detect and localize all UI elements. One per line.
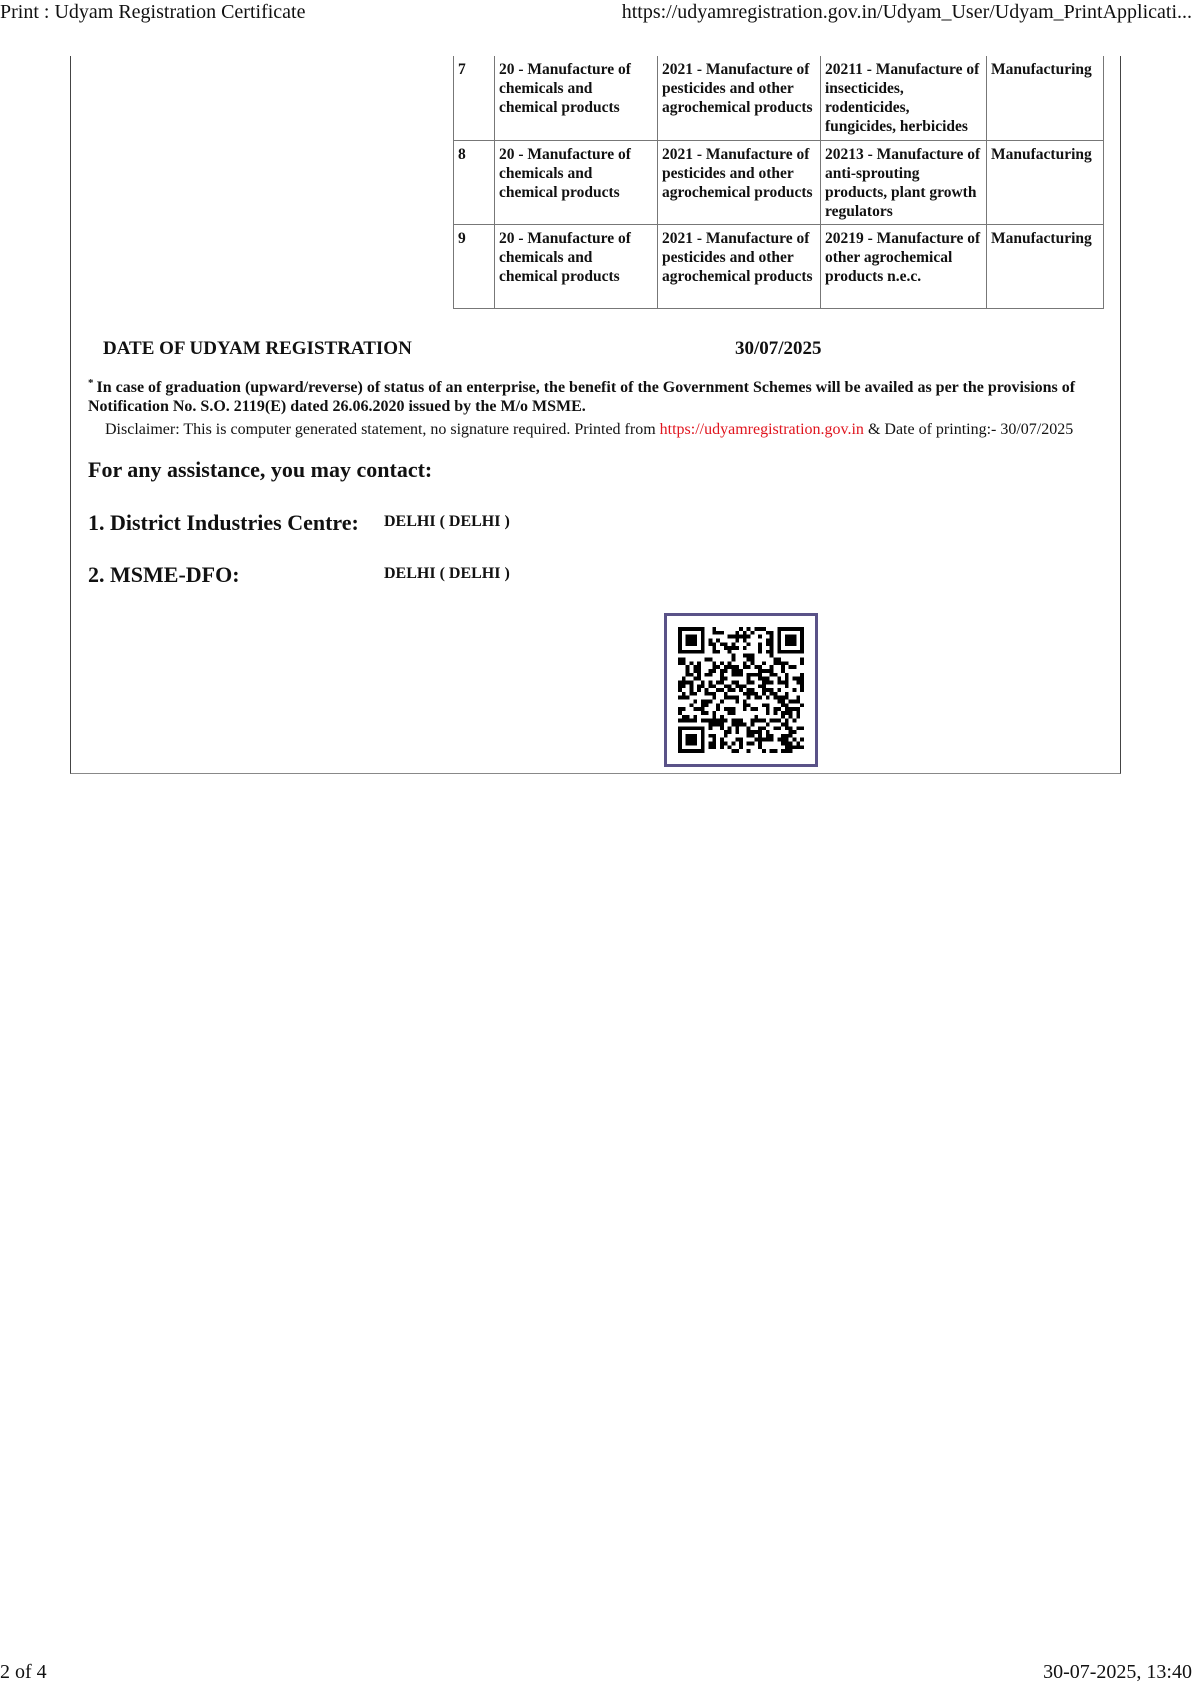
cell-activity: Manufacturing [987,56,1104,140]
table-row: 820 - Manufacture of chemicals and chemi… [454,140,1104,224]
print-title: Print : Udyam Registration Certificate [0,0,306,24]
registration-date-value: 30/07/2025 [735,338,822,360]
assistance-heading: For any assistance, you may contact: [88,457,432,483]
note-text: In case of graduation (upward/reverse) o… [88,379,1075,415]
qr-code-icon [678,627,804,753]
disclaimer-suffix: & Date of printing:- 30/07/2025 [864,421,1073,438]
page-number: 2 of 4 [0,1660,47,1684]
cell-nic-5-digit: 20219 - Manufacture of other agrochemica… [821,224,987,308]
cell-nic-4-digit: 2021 - Manufacture of pesticides and oth… [658,56,821,140]
print-timestamp: 30-07-2025, 13:40 [1043,1660,1192,1684]
cell-activity: Manufacturing [987,140,1104,224]
cell-serial-number: 9 [454,224,495,308]
cell-nic-4-digit: 2021 - Manufacture of pesticides and oth… [658,140,821,224]
cell-nic-2-digit: 20 - Manufacture of chemicals and chemic… [495,140,658,224]
cell-nic-2-digit: 20 - Manufacture of chemicals and chemic… [495,224,658,308]
disclaimer: Disclaimer: This is computer generated s… [105,420,1073,439]
dic-label: 1. District Industries Centre: [88,510,359,536]
udyam-portal-link[interactable]: https://udyamregistration.gov.in [660,421,864,438]
cell-serial-number: 7 [454,56,495,140]
registration-date-label: DATE OF UDYAM REGISTRATION [103,338,412,360]
cell-nic-5-digit: 20211 - Manufacture of insecticides, rod… [821,56,987,140]
cell-nic-2-digit: 20 - Manufacture of chemicals and chemic… [495,56,658,140]
dic-value: DELHI ( DELHI ) [384,513,510,531]
cell-nic-4-digit: 2021 - Manufacture of pesticides and oth… [658,224,821,308]
qr-code [664,613,818,767]
note-marker: * [88,377,94,389]
table-row: 920 - Manufacture of chemicals and chemi… [454,224,1104,308]
cell-activity: Manufacturing [987,224,1104,308]
msme-dfo-value: DELHI ( DELHI ) [384,565,510,583]
msme-dfo-label: 2. MSME-DFO: [88,562,240,588]
cell-serial-number: 8 [454,140,495,224]
print-url: https://udyamregistration.gov.in/Udyam_U… [622,0,1192,24]
disclaimer-prefix: Disclaimer: This is computer generated s… [105,421,660,438]
graduation-note: *In case of graduation (upward/reverse) … [88,374,1108,416]
cell-nic-5-digit: 20213 - Manufacture of anti-sprouting pr… [821,140,987,224]
table-row: 720 - Manufacture of chemicals and chemi… [454,56,1104,140]
nic-code-table: 720 - Manufacture of chemicals and chemi… [453,56,1104,309]
